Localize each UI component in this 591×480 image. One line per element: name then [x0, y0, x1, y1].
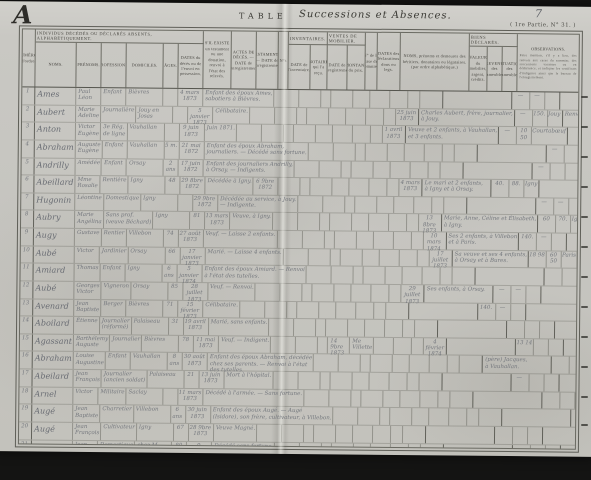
cell-nom: Abeilard	[32, 369, 73, 386]
cell-age: 5 m.	[165, 142, 180, 159]
cell-acte	[277, 231, 302, 248]
cell-vente_mont	[449, 409, 467, 426]
cell-heirs: Charles Aubert, frère, journalier, à Jou…	[419, 109, 515, 127]
cell-case	[432, 197, 444, 214]
cell-deces: 11 mars 1873	[178, 389, 203, 406]
cell-mob: —	[511, 374, 529, 391]
cell-num: 16	[20, 352, 33, 369]
cell-num: 7	[21, 193, 34, 210]
cell-vente_mont	[389, 373, 407, 390]
cell-rev	[534, 339, 549, 356]
cell-num: 13	[20, 299, 33, 316]
cell-age: 8 ans	[168, 353, 183, 370]
cell-rev: —	[496, 303, 511, 320]
cell-num: 20	[19, 422, 32, 439]
cell-nos	[318, 337, 328, 354]
cell-nos	[284, 125, 294, 142]
cell-heirs	[502, 409, 571, 426]
cell-deces: 9 février 1874	[187, 441, 212, 449]
cell-heirs: Veuve et 2 enfants, à Vauhallan, et 3 en…	[406, 126, 499, 144]
cell-mob	[552, 357, 570, 374]
cell-dom: Bièvres	[126, 300, 163, 317]
cell-vente_date	[353, 425, 373, 442]
cell-mention: Marié. — Laisse 4 enfants.	[205, 248, 283, 265]
cell-heirs: Sa veuve et ses 4 enfants, à Orsay et à …	[453, 250, 530, 267]
cell-case	[391, 426, 403, 443]
cell-mob: 140.	[519, 233, 537, 250]
cell-deces: 4 mars 1873	[178, 89, 203, 106]
group-header-ventes: VENTES DE MOBILIER.	[328, 32, 366, 45]
cell-acte	[271, 337, 296, 354]
cell-rev	[560, 392, 575, 409]
cell-acte	[304, 390, 329, 407]
col-header-epoques: S'IL EXISTE un testament ou une donation…	[203, 31, 232, 88]
cell-mob: —	[512, 92, 530, 109]
cell-heirs	[447, 338, 516, 355]
cell-deces: 17 janvier 1873	[180, 248, 205, 265]
cell-age: 71	[163, 300, 178, 317]
cell-case	[411, 232, 423, 249]
cell-sit: Igny	[571, 216, 580, 233]
cell-inv_not	[354, 443, 371, 450]
cell-dom: Jouy en Josas	[136, 106, 173, 123]
cell-vente_date	[374, 338, 394, 355]
cell-num: 6	[21, 175, 34, 192]
cell-case	[443, 144, 455, 161]
cell-heirs	[478, 145, 547, 162]
cell-inv_date	[341, 249, 363, 266]
cell-nos	[354, 267, 364, 284]
cell-decl: 25 juin 1873	[396, 109, 419, 126]
document-page: A Table Successions et Absences. 7 ( 1re…	[0, 1, 591, 457]
cell-mention: Veuf. — Indigent.	[219, 336, 271, 353]
cell-deces: 29 9bre 1872	[193, 195, 218, 212]
col-header-numeros: NUMÉROS d'ordre.	[22, 29, 36, 86]
cell-age: 31	[168, 318, 183, 335]
cell-age: 78	[179, 336, 194, 353]
cell-vente_mont	[391, 443, 409, 449]
cell-prenoms: Barthélemy Auguste	[74, 335, 110, 352]
cell-inv_not	[329, 108, 346, 125]
cell-nos	[287, 301, 297, 318]
cell-sit	[546, 445, 561, 450]
col-header-domiciles: DOMICILES.	[126, 43, 163, 87]
cell-vente_date	[394, 197, 414, 214]
cell-acte	[257, 425, 282, 442]
cell-vente_mont	[353, 126, 371, 143]
cell-age	[163, 89, 178, 106]
cell-heirs	[476, 268, 545, 285]
table-header: NUMÉROS d'ordre. INDIVIDUS DÉCÉDÉS OU DÉ…	[22, 29, 579, 92]
cell-prenoms: Paul Léon	[76, 88, 101, 105]
cell-acte	[284, 249, 309, 266]
cell-test	[275, 107, 297, 124]
cell-sit: Courtabœuf	[532, 128, 568, 145]
cell-age: 6 ans	[171, 406, 186, 423]
cell-case	[409, 444, 421, 450]
cell-sit	[528, 427, 543, 444]
cell-inv_not	[319, 302, 336, 319]
cell-inv_not	[412, 408, 429, 425]
cell-prenoms: Mme Rosalie	[75, 176, 100, 193]
cell-inv_not	[388, 144, 405, 161]
cell-case	[408, 91, 420, 108]
cell-age: 67	[174, 424, 189, 441]
cell-inv_not	[316, 125, 333, 142]
cell-inv_date	[371, 355, 393, 372]
cell-vente_date	[350, 179, 370, 196]
cell-sit	[544, 374, 559, 391]
cell-decl	[421, 444, 444, 450]
cell-prof: Cultivateur	[101, 423, 137, 440]
cell-prof: Enfant	[101, 88, 126, 105]
cell-nos	[320, 214, 330, 231]
cell-mention: Enfant des époux Abraham, décédée chez s…	[208, 354, 314, 372]
cell-sit	[566, 163, 580, 180]
cell-acte	[298, 196, 323, 213]
cell-prof: Berger	[101, 300, 126, 317]
cell-inv_not	[374, 161, 391, 178]
cell-decl: 17 juillet 1873	[430, 250, 453, 267]
cell-test	[282, 425, 304, 442]
col-header-ages: ÂGES.	[163, 44, 178, 88]
cell-inv_date	[361, 390, 383, 407]
cell-prof: Journalier	[110, 335, 142, 352]
cell-case	[441, 268, 453, 285]
cell-rev	[563, 269, 578, 286]
cell-sit	[569, 198, 580, 215]
cell-age: 48	[165, 177, 180, 194]
cell-age	[163, 388, 178, 405]
col-header-situation: SITUATION des immeubles.	[502, 47, 517, 91]
cell-inv_not: Me Villette	[350, 337, 374, 354]
cell-dom: Igny	[125, 265, 162, 282]
cell-test	[320, 161, 342, 178]
cell-rev: 150.	[533, 110, 548, 127]
cell-case	[390, 285, 402, 302]
col-header-decl-dates: DATES des déclarations, dons ou legs.	[377, 33, 401, 90]
cell-rev: 60 50	[547, 251, 562, 268]
cell-nom: Aubé	[33, 281, 74, 298]
cell-deces: 13 mars 1873	[205, 213, 230, 230]
cell-mob: 140.	[478, 303, 496, 320]
cell-vente_mont	[425, 144, 443, 161]
cell-sit	[527, 286, 542, 303]
cell-acte	[269, 319, 294, 336]
successions-table: NUMÉROS d'ordre. INDIVIDUS DÉCÉDÉS OU DÉ…	[15, 25, 583, 452]
cell-vente_date	[429, 409, 449, 426]
cell-inv_date	[366, 144, 388, 161]
cell-test	[262, 125, 284, 142]
cell-nom: Hugonin	[34, 193, 75, 210]
cell-inv_date	[307, 108, 329, 125]
cell-mention: Enfant des journaliers Andrilly, à Orsay…	[204, 160, 295, 177]
cell-deces: 5 janvier 1874	[177, 265, 202, 282]
cell-mob	[545, 269, 563, 286]
cell-inv_date	[334, 231, 356, 248]
cell-age: 74	[163, 230, 178, 247]
cell-inv_not	[348, 320, 365, 337]
cell-vente_mont	[373, 426, 391, 443]
cell-heirs	[438, 321, 507, 338]
cell-mob: —	[547, 145, 565, 162]
cell-inv_not	[383, 390, 400, 407]
cell-heirs	[442, 373, 511, 390]
cell-vente_date	[369, 373, 389, 390]
cell-decl	[479, 409, 502, 426]
col-header-revenu: REVENU des immeubles.	[487, 47, 502, 91]
cell-test	[332, 267, 354, 284]
cell-rev	[551, 163, 566, 180]
cell-dom: Igny	[153, 212, 190, 229]
cell-prof: Enfant	[100, 264, 125, 281]
cell-dom: Villebon	[134, 406, 171, 423]
cell-deces: 13 juin 1873	[199, 371, 224, 388]
cell-test	[323, 196, 345, 213]
cell-mention: Décédé à l'armée. — Sans fortune.	[203, 389, 304, 407]
cell-nos	[345, 196, 355, 213]
cell-vente_mont	[420, 391, 438, 408]
cell-deces: 11 mai 1873	[194, 336, 219, 353]
cell-inv_date	[364, 267, 386, 284]
page-number: 7	[535, 7, 542, 20]
observations-note: Faire mention, s'il y a lieu, des renvoi…	[518, 53, 577, 79]
cell-deces: 15 février 1873	[178, 300, 203, 317]
cell-test	[302, 231, 324, 248]
cell-case	[374, 302, 386, 319]
cell-heirs	[473, 391, 542, 408]
cell-prenoms: Auguste Eugène	[76, 141, 103, 158]
cell-obs	[568, 128, 578, 145]
cell-nom: Augé	[32, 405, 73, 422]
cell-prof: Vigneron	[102, 282, 132, 299]
cell-test	[339, 355, 361, 372]
cell-num: 4	[22, 140, 35, 157]
group-ventes: VENTES DE MOBILIER. DATE de l'enregistre…	[327, 32, 366, 89]
group-header-biens: BIENS DÉCLARÉS.	[470, 34, 518, 47]
cell-decl	[386, 302, 409, 319]
cell-mention: Veuf. — Laisse 2 enfants.	[203, 230, 277, 247]
cell-inv_not	[377, 197, 394, 214]
cell-test	[300, 443, 322, 450]
cell-heirs: (père) Jacques, à Vauhallan.	[483, 356, 552, 373]
cell-decl	[420, 91, 443, 108]
cell-prof: Domestique	[98, 441, 135, 450]
cell-dom: Orsay	[127, 159, 164, 176]
cell-prenoms: Jean Baptiste	[74, 299, 101, 316]
cell-age: 81	[190, 212, 205, 229]
cell-dom: Bièvres	[126, 88, 163, 105]
cell-mention: Décédée à Igny.	[205, 177, 253, 194]
cell-sit	[540, 321, 555, 338]
cell-obs	[567, 234, 577, 251]
cell-dom: Igny	[141, 194, 178, 211]
cell-vente_date	[352, 284, 372, 301]
cell-deces: 9 juin 1873	[179, 124, 204, 141]
cell-prof: Journalière	[101, 106, 136, 123]
cell-sit: Jouy	[548, 110, 563, 127]
cell-nom: Ames	[35, 87, 76, 104]
cell-deces: 30 août 1873	[183, 353, 208, 370]
cell-mention: Mort à l'hôpital.	[224, 371, 273, 388]
cell-num: 3	[22, 123, 35, 140]
cell-deces: 19 avril 1873	[183, 318, 208, 335]
cell-case	[429, 162, 441, 179]
cell-num: 14	[20, 316, 33, 333]
cell-vente_mont	[372, 285, 390, 302]
cell-inv_not	[335, 284, 352, 301]
cell-prof: Enfant	[102, 159, 127, 176]
cell-mob	[507, 321, 525, 338]
cell-mention: Enfant des époux Augé. — Augé (Isidore),…	[211, 406, 334, 424]
cell-mob	[542, 392, 560, 409]
cell-nos	[297, 108, 307, 125]
cell-inv_date	[297, 302, 319, 319]
cell-decl: 29 juillet 1873	[402, 285, 425, 302]
cell-obs	[555, 322, 576, 339]
cell-age: 2 ans	[164, 159, 179, 176]
cell-rev	[570, 357, 580, 374]
col-header-vente-montant: MONTANT du prix.	[347, 45, 365, 89]
col-header-testaments: TESTAMENTS. — DATE de l'enregistrement.	[256, 32, 279, 89]
cell-case	[418, 250, 430, 267]
cell-sit	[552, 233, 567, 250]
cell-prof: Sans prof. (veuve Béchard)	[104, 212, 154, 229]
cell-case	[388, 179, 400, 196]
cell-vente_date	[400, 391, 420, 408]
cell-vente_date	[346, 108, 366, 125]
cell-num: 12	[20, 281, 33, 298]
cell-mob	[495, 427, 513, 444]
cell-test	[265, 301, 287, 318]
cell-prenoms: Marie Angélina	[75, 211, 104, 228]
cell-mob: 40.	[492, 180, 510, 197]
cell-prof: Jardinier	[100, 247, 129, 264]
observations-label: OBSERVATIONS.	[531, 46, 565, 52]
cell-case	[467, 409, 479, 426]
cell-case	[448, 356, 460, 373]
cell-prenoms: Jean	[73, 440, 98, 449]
cell-nom: Abraham	[33, 352, 74, 369]
cell-obs	[542, 286, 577, 303]
cell-prenoms: Victor	[75, 247, 100, 264]
cell-rev	[531, 445, 546, 450]
cell-rev: —	[554, 198, 569, 215]
cell-vente_date	[380, 249, 400, 266]
cell-prof: Domestique	[104, 194, 141, 211]
cell-deces: 30 juin 1873	[186, 406, 211, 423]
cell-prof: Journalier (ancien soldat)	[102, 370, 148, 387]
cell-vente_mont	[400, 250, 418, 267]
cell-prof: Rentier	[101, 229, 126, 246]
cell-heirs: Le mari et 2 enfants, à Igny et à Orsay.	[423, 179, 492, 196]
cell-dom: chez M. Richard	[135, 441, 172, 450]
col-header-mobilier: VALEUR du mobilier, argent, crédits.	[469, 47, 487, 91]
cell-mention: Décédé sans fortune.	[212, 442, 275, 450]
col-header-vente-date: DATE de l'enregistrement.	[327, 45, 347, 89]
cell-num: 18	[19, 387, 32, 404]
cell-deces: 28 juillet 1873	[183, 283, 208, 300]
cell-test	[298, 372, 320, 389]
cell-case	[371, 126, 383, 143]
cell-vente_date	[333, 126, 353, 143]
cell-mention: Juin 1871.	[204, 124, 237, 141]
cell-vente_date	[391, 161, 411, 178]
cell-case	[438, 391, 450, 408]
cell-acte	[309, 143, 334, 160]
cell-nos	[342, 161, 352, 178]
cell-mob: 60	[538, 216, 556, 233]
cell-acte	[314, 355, 339, 372]
cell-inv_date	[332, 443, 354, 450]
cell-inv_date	[331, 90, 353, 107]
cell-decl	[453, 268, 476, 285]
table-body: 1AmesPaul LéonEnfantBièvres4 mars 1873En…	[19, 87, 579, 449]
cell-prenoms: Gustave	[75, 229, 102, 246]
cell-prenoms: Jean François	[73, 370, 101, 387]
cell-acte	[275, 442, 300, 449]
group-inventaires: INVENTAIRES. DATE de l'inventaire. NOTAI…	[288, 32, 328, 89]
cell-age	[164, 124, 179, 141]
cell-decl	[455, 144, 478, 161]
cell-mention: Marié, sans enfants.	[208, 318, 269, 335]
cell-nos	[331, 249, 341, 266]
cell-heirs	[464, 162, 533, 179]
cell-prof: Enfant	[106, 353, 131, 370]
cell-dom: Palaiseau	[147, 371, 184, 388]
cell-nos	[322, 443, 332, 450]
cell-nos	[316, 319, 326, 336]
cell-acte	[274, 90, 299, 107]
cell-inv_not	[352, 214, 369, 231]
col-header-dates-deces: DATES du décès ou de l'envoi en possessi…	[178, 44, 203, 88]
cell-vente_mont	[356, 302, 374, 319]
cell-prenoms: Thomas	[74, 264, 100, 281]
cell-acte	[256, 283, 281, 300]
page-title-table: Table	[239, 11, 287, 20]
cell-vente_date	[410, 355, 430, 372]
cell-prof: Militaire	[98, 388, 126, 405]
cell-test	[296, 337, 318, 354]
cell-test	[281, 284, 303, 301]
cell-age: 6 ans	[162, 265, 177, 282]
cell-vente_mont	[390, 91, 408, 108]
cell-test	[299, 90, 321, 107]
cell-vente_date	[369, 214, 389, 231]
cell-mob: —	[499, 127, 517, 144]
cell-dom: Vauhallan	[127, 124, 164, 141]
cell-acte	[273, 213, 298, 230]
cell-test	[358, 408, 380, 425]
cell-inv_date	[311, 178, 333, 195]
cell-nom: Augy	[34, 228, 75, 245]
cell-obs	[543, 427, 575, 444]
cell-obs	[560, 93, 578, 110]
col-header-actes-deces: ACTES DE DÉCÈS. — DATE de l'enregistreme…	[231, 31, 257, 88]
cell-mention: Décédée au service, à Jouy. — Indigente.	[218, 195, 298, 212]
cell-prenoms: Jean Baptiste	[73, 405, 100, 422]
cell-nom: Aubry	[34, 211, 75, 228]
cell-prenoms: Victor Eugène	[76, 123, 101, 140]
cell-vente_date	[403, 267, 423, 284]
cell-acte	[333, 408, 358, 425]
cell-decl	[460, 356, 483, 373]
col-header-prenoms: PRÉNOMS.	[76, 43, 101, 87]
cell-obs	[564, 339, 576, 356]
cell-mob: 18 98	[529, 251, 547, 268]
cell-decl	[403, 426, 426, 443]
cell-inv_date: 14 9bre 1873	[328, 337, 350, 354]
